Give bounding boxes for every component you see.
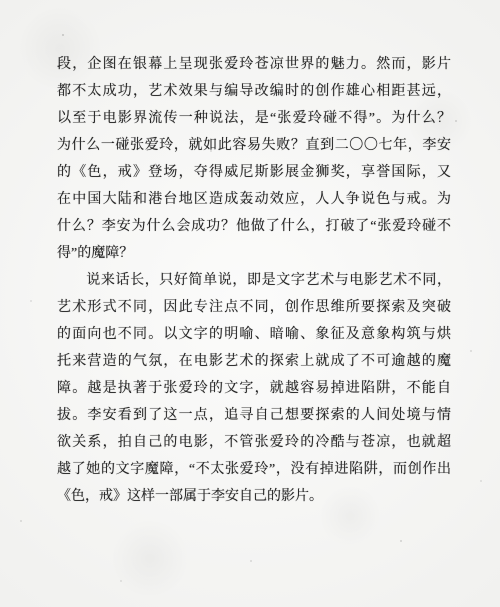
text-line: 都不太成功，艺术效果与编导改编时的创作雄心相距甚远， xyxy=(57,78,451,105)
paragraph-2: 说来话长，只好简单说，即是文字艺术与电影艺术不同，艺术形式不同，因此专注点不同，… xyxy=(57,267,451,510)
text-line: 说来话长，只好简单说，即是文字艺术与电影艺术不同， xyxy=(57,267,451,294)
text-line: 欲关系，拍自己的电影，不管张爱玲的冷酷与苍凉，也就超 xyxy=(57,429,451,456)
text-line: 的面向也不同。以文字的明喻、暗喻、象征及意象构筑与烘 xyxy=(57,321,451,348)
document-body: 段，企图在银幕上呈现张爱玲苍凉世界的魅力。然而，影片都不太成功，艺术效果与编导改… xyxy=(57,51,451,510)
text-line: 段，企图在银幕上呈现张爱玲苍凉世界的魅力。然而，影片 xyxy=(57,51,451,78)
text-line: 《色，戒》这样一部属于李安自己的影片。 xyxy=(57,483,451,510)
text-line: 障。越是执著于张爱玲的文字，就越容易掉进陷阱，不能自 xyxy=(57,375,451,402)
text-line: 得”的魔障？ xyxy=(57,240,451,267)
scan-noise-speckles xyxy=(0,0,2,2)
text-line: 以至于电影界流传一种说法，是“张爱玲碰不得”。为什么？ xyxy=(57,105,451,132)
scanned-book-page-body: { "page": { "background_color": "#f6f6f4… xyxy=(0,0,500,607)
text-line: 艺术形式不同，因此专注点不同，创作思维所要探索及突破 xyxy=(57,294,451,321)
text-line: 什么？李安为什么会成功？他做了什么，打破了“张爱玲碰不 xyxy=(57,213,451,240)
text-line: 托来营造的气氛，在电影艺术的探索上就成了不可逾越的魔 xyxy=(57,348,451,375)
paragraph-1: 段，企图在银幕上呈现张爱玲苍凉世界的魅力。然而，影片都不太成功，艺术效果与编导改… xyxy=(57,51,451,267)
text-line: 越了她的文字魔障，“不太张爱玲”，没有掉进陷阱，而创作出 xyxy=(57,456,451,483)
page-text-block: 段，企图在银幕上呈现张爱玲苍凉世界的魅力。然而，影片都不太成功，艺术效果与编导改… xyxy=(57,51,451,510)
text-line: 为什么一碰张爱玲，就如此容易失败？直到二〇〇七年，李安 xyxy=(57,132,451,159)
text-line: 的《色，戒》登场，夺得威尼斯影展金狮奖，享誉国际，又 xyxy=(57,159,451,186)
text-line: 拔。李安看到了这一点，追寻自己想要探索的人间处境与情 xyxy=(57,402,451,429)
book-page: 段，企图在银幕上呈现张爱玲苍凉世界的魅力。然而，影片都不太成功，艺术效果与编导改… xyxy=(0,0,500,607)
text-line: 在中国大陆和港台地区造成轰动效应，人人争说色与戒。为 xyxy=(57,186,451,213)
